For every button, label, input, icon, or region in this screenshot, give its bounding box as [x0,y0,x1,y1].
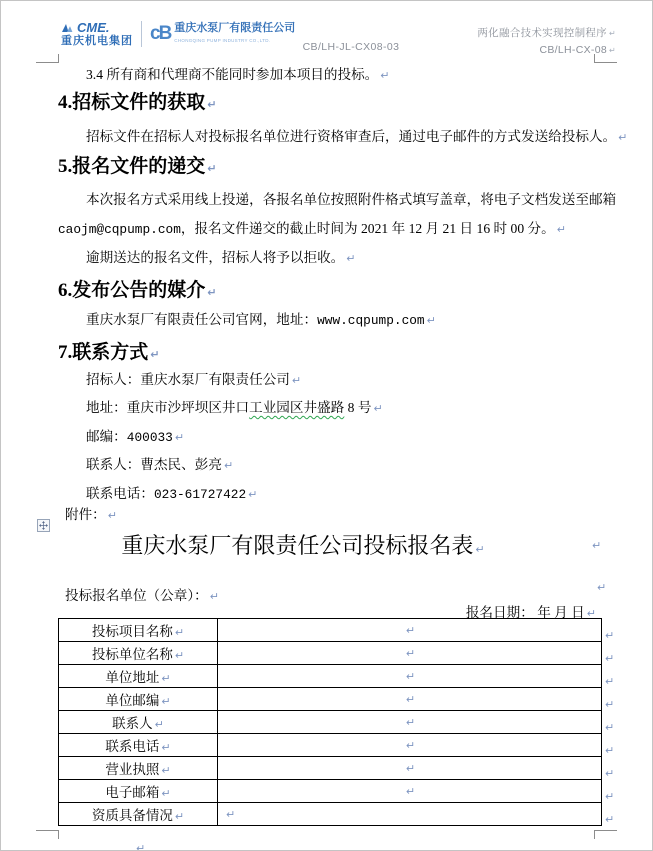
para-5-2: 逾期送达的报名文件，招标人将予以拒收。↵ [58,246,356,266]
row-value-cell[interactable]: ↵ [218,619,602,642]
table-row: 电子邮箱↵ ↵ [59,780,602,803]
cme-logo-text: CME. [77,22,110,34]
paragraph-mark-icon: ↵ [605,744,614,757]
row-label-cell: 营业执照↵ [59,757,218,780]
margin-crop-mark-top-right [594,54,617,63]
paragraph-mark-icon: ↵ [161,695,170,708]
paragraph-mark-icon: ↵ [605,790,614,803]
paragraph-mark-icon: ↵ [406,739,415,752]
paragraph-mark-icon: ↵ [406,762,415,775]
paragraph-mark-icon: ↵ [207,98,216,111]
table-move-icon [39,521,48,530]
row-label-cell: 电子邮箱↵ [59,780,218,803]
paragraph-mark-icon: ↵ [605,675,614,688]
paragraph-mark-icon: ↵ [207,162,216,175]
paragraph-mark-icon: ↵ [150,348,159,361]
website-url: www.cqpump.com [317,313,425,328]
para-4-1: 招标文件在招标人对投标报名单位进行资格审查后，通过电子邮件的方式发送给投标人。↵ [58,125,627,145]
row-value-cell[interactable]: ↵ [218,734,602,757]
paragraph-mark-icon: ↵ [207,286,216,299]
paragraph-mark-icon: ↵ [175,810,184,823]
document-page: CME. 重庆机电集团 cB 重庆水泵厂有限责任公司 CHONGQING PUM… [0,0,653,851]
paragraph-mark-icon: ↵ [175,431,184,444]
row-value-cell[interactable]: ↵ [218,757,602,780]
row-label-cell: 投标项目名称↵ [59,619,218,642]
row-value-cell[interactable]: ↵ [218,688,602,711]
pump-logo-icon: cB [150,23,170,45]
paragraph-mark-icon: ↵ [210,590,219,603]
paragraph-mark-icon: ↵ [161,741,170,754]
doc-code-center: CB/LH-JL-CX08-03 [251,41,451,53]
heading-7: 7.联系方式↵ [58,337,159,364]
table-row-paragraph-marks: ↵ ↵ ↵ ↵ ↵ ↵ ↵ ↵ ↵ [603,619,614,826]
paragraph-mark-icon: ↵ [605,698,614,711]
heading-5: 5.报名文件的递交↵ [58,151,216,178]
cme-logo-icon [61,22,75,35]
table-row: 投标项目名称↵ ↵ [59,619,602,642]
table-move-handle[interactable] [37,519,50,532]
signup-form-table: 投标项目名称↵ ↵ 投标单位名称↵ ↵ 单位地址↵ ↵ 单位邮编↵ ↵ 联系人↵… [58,618,602,826]
paragraph-mark-icon: ↵ [346,252,355,265]
cme-logo: CME. 重庆机电集团 [61,22,133,47]
paragraph-mark-icon: ↵ [224,459,233,472]
paragraph-mark-icon: ↵ [427,314,436,327]
table-row: 投标单位名称↵ ↵ [59,642,602,665]
para-5-1-line2: caojm@cqpump.com，报名文件递交的截止时间为 2021 年 12 … [58,217,566,237]
row-label-cell: 资质具备情况↵ [59,803,218,826]
paragraph-mark-icon: ↵ [406,670,415,683]
paragraph-mark-icon: ↵ [406,785,415,798]
paragraph-mark-icon: ↵ [605,652,614,665]
paragraph-mark-icon: ↵ [161,764,170,777]
paragraph-mark-icon: ↵ [406,693,415,706]
paragraph-mark-icon: ↵ [155,718,164,731]
para-5-1-line1: 本次报名方式采用线上投递，各报名单位按照附件格式填写盖章，将电子文档发送至邮箱 [58,188,616,208]
heading-4: 4.招标文件的获取↵ [58,87,216,114]
paragraph-mark-icon: ↵ [226,808,235,821]
contact-phone: 联系电话：023-61727422↵ [58,482,257,502]
paragraph-mark-icon: ↵ [175,649,184,662]
paragraph-mark-icon: ↵ [292,374,301,387]
table-row: 单位邮编↵ ↵ [59,688,602,711]
cme-group-name: 重庆机电集团 [61,35,133,47]
postcode-value: 400033 [127,430,173,445]
para-6-1: 重庆水泵厂有限责任公司官网，地址：www.cqpump.com↵ [58,308,436,328]
table-row: 联系人↵ ↵ [59,711,602,734]
contact-postcode: 邮编：400033↵ [58,425,184,445]
margin-crop-mark-bottom-left [36,830,59,839]
paragraph-mark-icon: ↵ [161,672,170,685]
paragraph-mark-icon: ↵ [592,539,601,552]
paragraph-mark-icon: ↵ [597,581,606,594]
paragraph-mark-icon: ↵ [605,629,614,642]
grammar-check-underline: 工业园区井盛路 [249,400,344,415]
paragraph-mark-icon: ↵ [248,488,257,501]
row-value-cell[interactable]: ↵ [218,780,602,803]
paragraph-mark-icon: ↵ [605,767,614,780]
paragraph-mark-icon: ↵ [406,624,415,637]
row-label-cell: 联系电话↵ [59,734,218,757]
table-row: 单位地址↵ ↵ [59,665,602,688]
unit-seal-label: 投标报名单位（公章）：↵ [58,584,219,604]
margin-crop-mark-bottom-right [594,830,617,839]
paragraph-mark-icon: ↵ [373,402,382,415]
row-value-cell[interactable]: ↵ [218,665,602,688]
logo-divider [141,21,142,47]
doc-title-right: 两化融合技术实现控制程序 [477,27,607,39]
table-row: 联系电话↵ ↵ [59,734,602,757]
paragraph-mark-icon: ↵ [406,716,415,729]
paragraph-mark-icon: ↵ [161,787,170,800]
paragraph-mark-icon: ↵ [557,223,566,236]
page-header: CME. 重庆机电集团 cB 重庆水泵厂有限责任公司 CHONGQING PUM… [1,15,652,65]
paragraph-mark-icon: ↵ [136,842,145,851]
paragraph-mark-icon: ↵ [605,813,614,826]
paragraph-mark-icon: ↵ [175,626,184,639]
clause-3-4: 3.4 所有商和代理商不能同时参加本项目的投标。↵ [58,63,389,83]
table-row: 营业执照↵ ↵ [59,757,602,780]
paragraph-mark-icon: ↵ [475,543,484,556]
table-row: 资质具备情况↵ ↵ [59,803,602,826]
paragraph-mark-icon: ↵ [618,131,627,144]
paragraph-mark-icon: ↵ [108,509,117,522]
row-value-cell[interactable]: ↵ [218,642,602,665]
row-label-cell: 单位邮编↵ [59,688,218,711]
row-label-cell: 投标单位名称↵ [59,642,218,665]
contact-person: 联系人：曹杰民、彭亮↵ [58,453,233,473]
row-value-cell[interactable]: ↵ [218,803,602,826]
contact-bidder: 招标人：重庆水泵厂有限责任公司↵ [58,368,301,388]
row-value-cell[interactable]: ↵ [218,711,602,734]
attachment-label: 附件：↵ [58,503,117,523]
contact-address: 地址：重庆市沙坪坝区井口工业园区井盛路 8 号↵ [58,396,383,416]
row-label-cell: 单位地址↵ [59,665,218,688]
row-label-cell: 联系人↵ [59,711,218,734]
form-title: 重庆水泵厂有限责任公司投标报名表↵ [58,529,548,560]
pump-company-name-cn: 重庆水泵厂有限责任公司 [174,23,295,34]
paragraph-mark-icon: ↵ [609,29,616,38]
margin-crop-mark-top-left [36,54,59,63]
email-address: caojm@cqpump.com [58,222,181,237]
paragraph-mark-icon: ↵ [380,69,389,82]
paragraph-mark-icon: ↵ [605,721,614,734]
heading-6: 6.发布公告的媒介↵ [58,275,216,302]
paragraph-mark-icon: ↵ [406,647,415,660]
phone-value: 023-61727422 [154,487,246,502]
